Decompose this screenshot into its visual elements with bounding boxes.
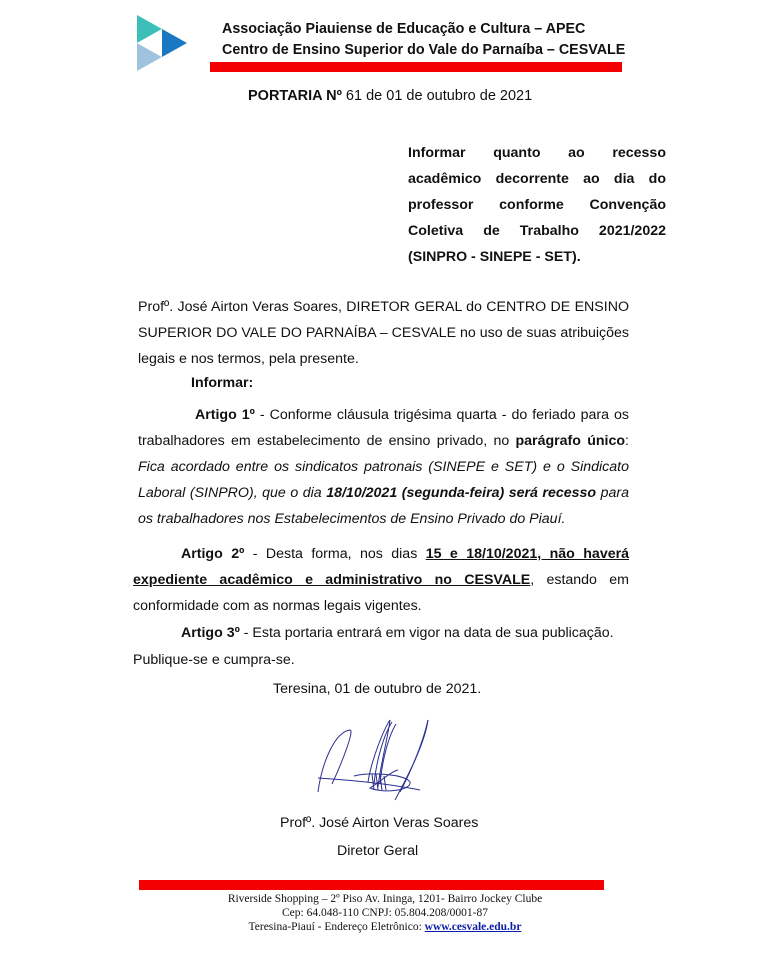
header-association-name: Associação Piauiense de Educação e Cultu… (222, 21, 585, 37)
footer-address-line: Riverside Shopping – 2º Piso Av. Ininga,… (150, 892, 620, 906)
place-date: Teresina, 01 de outubro de 2021. (273, 681, 481, 697)
footer-contact-line: Teresina-Piauí - Endereço Eletrônico: ww… (150, 920, 620, 934)
artigo-2-label: Artigo 2º (181, 546, 244, 562)
ementa: Informar quanto ao recesso acadêmico dec… (408, 140, 666, 270)
preamble-paragraph: Profº. José Airton Veras Soares, DIRETOR… (138, 294, 629, 372)
website-link[interactable]: www.cesvale.edu.br (425, 921, 522, 933)
footer-red-bar (139, 880, 604, 890)
signature-image (310, 712, 440, 802)
artigo-3-label: Artigo 3º (181, 625, 240, 641)
signatory-name: Profº. José Airton Veras Soares (280, 815, 478, 831)
closing-statement: Publique-se e cumpra-se. (133, 652, 295, 668)
cesvale-logo-icon (137, 15, 187, 71)
portaria-title: PORTARIA Nº 61 de 01 de outubro de 2021 (248, 88, 532, 104)
header-red-bar (210, 62, 622, 72)
artigo-2-paragraph: Artigo 2º - Desta forma, nos dias 15 e 1… (133, 541, 629, 619)
portaria-number-date: 61 de 01 de outubro de 2021 (342, 88, 532, 104)
artigo-1-paragraph: Artigo 1º - Conforme cláusula trigésima … (138, 402, 629, 532)
footer-address: Riverside Shopping – 2º Piso Av. Ininga,… (150, 892, 620, 934)
portaria-label: PORTARIA Nº (248, 88, 342, 104)
informar-heading: Informar: (191, 375, 253, 391)
signatory-title: Diretor Geral (337, 843, 418, 859)
footer-cep-cnpj-line: Cep: 64.048-110 CNPJ: 05.804.208/0001-87 (150, 906, 620, 920)
artigo-1-label: Artigo 1º (195, 407, 255, 423)
artigo-3-paragraph: Artigo 3º - Esta portaria entrará em vig… (181, 625, 614, 641)
header-institution-name: Centro de Ensino Superior do Vale do Par… (222, 42, 625, 58)
